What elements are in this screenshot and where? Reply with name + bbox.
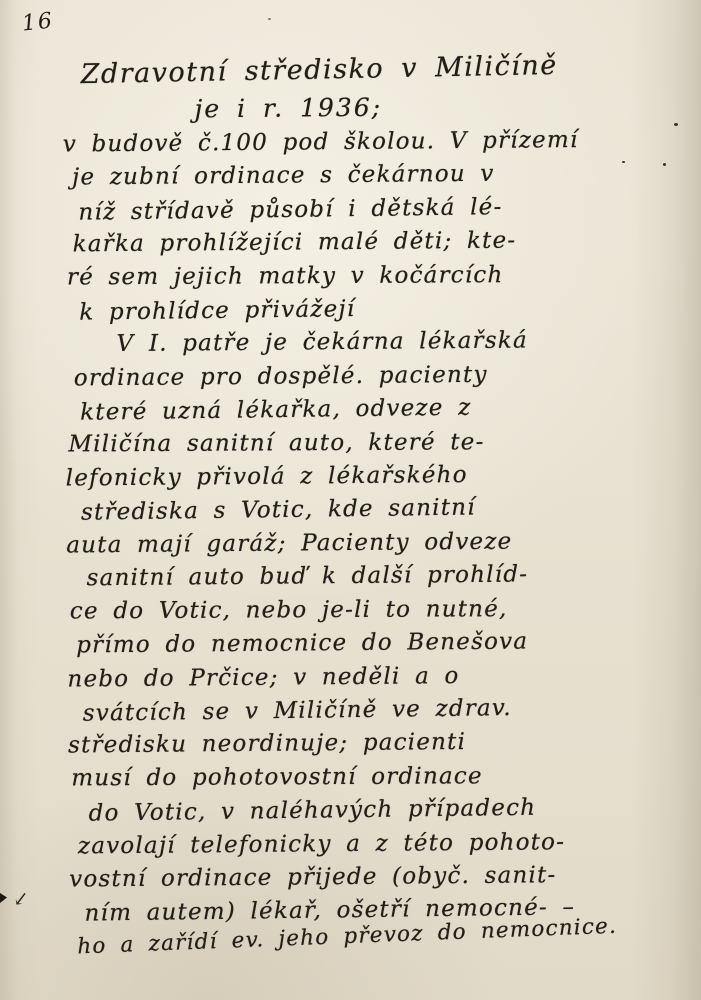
handwritten-line: sanitní auto buď k další prohlíd- <box>86 557 671 596</box>
handwritten-line: Miličína sanitní auto, které te- <box>68 425 670 462</box>
handwritten-line: musí do pohotovostní ordinace <box>71 759 673 796</box>
ink-speck <box>622 161 625 163</box>
handwritten-text-block: Zdravotní středisko v Miličíně je i r. 1… <box>0 51 701 964</box>
page-subtitle: je i r. 1936; <box>194 90 697 123</box>
handwritten-line: kařka prohlížejíci malé děti; kte- <box>73 223 669 262</box>
handwritten-line: ré sem jejich matky v kočárcích <box>67 258 669 295</box>
document-body: v budově č.100 pod školou. V přízemíje z… <box>0 123 701 964</box>
handwritten-line: středisku neordinuje; pacienti <box>68 725 673 764</box>
chronicle-page: 16 Zdravotní středisko v Miličíně je i r… <box>0 0 701 1000</box>
handwritten-line: přímo do nemocnice do Benešova <box>76 624 672 663</box>
handwritten-line: které uzná lékařka, odveze z <box>80 389 670 430</box>
page-number: 16 <box>21 8 55 36</box>
page-title: Zdravotní středisko v Miličíně <box>0 47 697 91</box>
handwritten-line: V I. patře je čekárna lékařská <box>116 324 669 362</box>
handwritten-line: v budově č.100 pod školou. V přízemí <box>63 123 668 162</box>
handwritten-line: auta mají garáž; Pacienty odveze <box>66 524 671 563</box>
ink-speck <box>268 18 271 20</box>
handwritten-line: ce do Votic, nebo je-li to nutné, <box>70 592 672 629</box>
ink-speck <box>674 123 678 126</box>
handwritten-line: zavolají telefonicky a z této pohoto- <box>78 825 674 864</box>
margin-check-mark: ↙ <box>12 887 31 911</box>
ink-speck <box>663 163 666 166</box>
